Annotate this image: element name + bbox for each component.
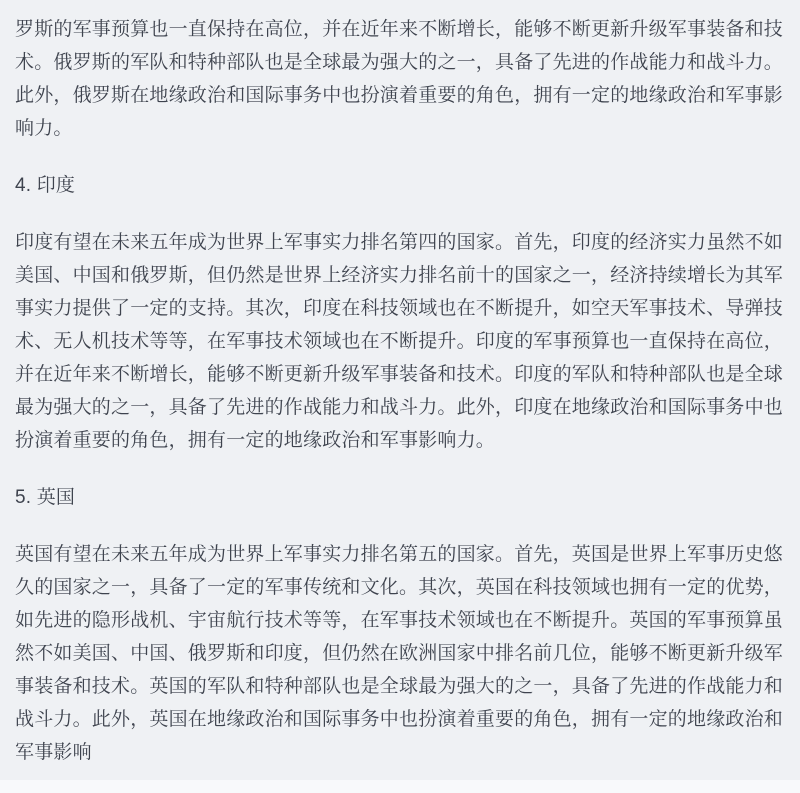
paragraph-russia-continued: 罗斯的军事预算也一直保持在高位，并在近年来不断增长，能够不断更新升级军事装备和技… — [15, 13, 788, 145]
document-body: 罗斯的军事预算也一直保持在高位，并在近年来不断增长，能够不断更新升级军事装备和技… — [0, 0, 800, 769]
page-background: { "page": { "background_color": "#eff1f4… — [0, 0, 800, 793]
bottom-page-strip — [0, 780, 800, 793]
heading-uk: 5. 英国 — [15, 481, 788, 514]
paragraph-uk-truncated: 英国有望在未来五年成为世界上军事实力排名第五的国家。首先，英国是世界上军事历史悠… — [15, 538, 788, 769]
paragraph-india: 印度有望在未来五年成为世界上军事实力排名第四的国家。首先，印度的经济实力虽然不如… — [15, 226, 788, 457]
heading-india: 4. 印度 — [15, 169, 788, 202]
